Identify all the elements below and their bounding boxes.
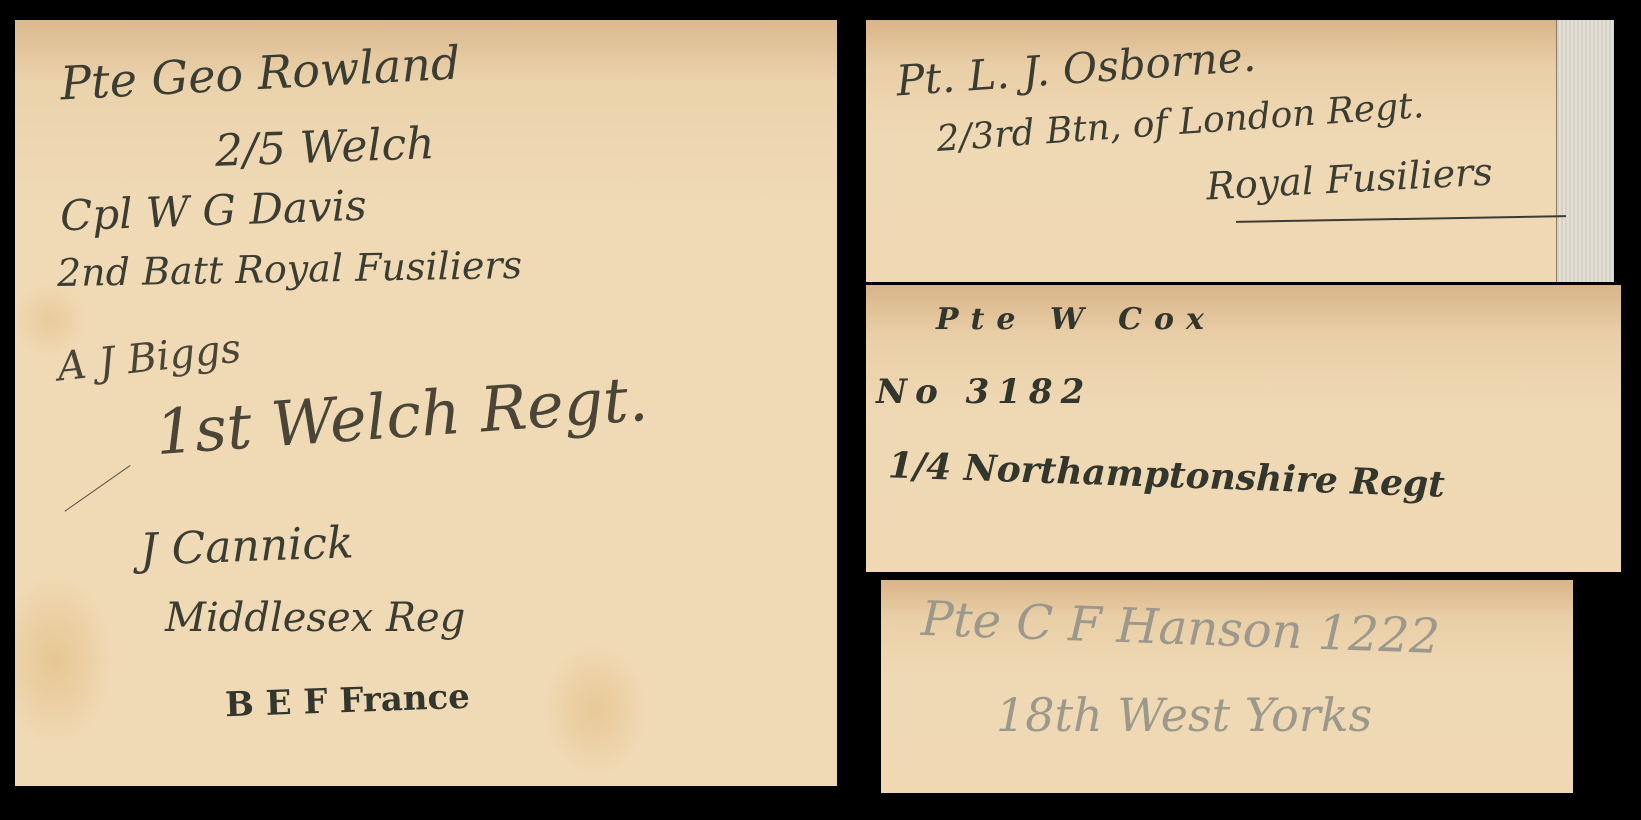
signature-hanson-unit: 18th West Yorks [996, 692, 1372, 738]
album-page-left: Pte Geo Rowland 2/5 Welch Cpl W G Davis … [15, 20, 837, 786]
book-binding-cloth [1556, 20, 1614, 282]
album-page-bottom-right: Pte C F Hanson 1222 18th West Yorks [881, 580, 1573, 793]
album-page-middle-right: Pte W Cox No 3182 1/4 Northamptonshire R… [866, 285, 1621, 572]
signature-cox-name: Pte W Cox [936, 305, 1216, 335]
signature-cannick-name: J Cannick [139, 521, 354, 572]
signature-cox-number: No 3182 [876, 375, 1092, 409]
signature-cannick-unit: Middlesex Reg [165, 598, 465, 638]
album-page-top-right: Pt. L. J. Osborne. 2/3rd Btn, of London … [866, 20, 1614, 282]
signature-cannick-location: B E F France [224, 680, 470, 723]
signature-rowland-unit: 2/5 Welch [214, 122, 435, 174]
signature-davis-name: Cpl W G Davis [59, 185, 367, 238]
signature-davis-unit: 2nd Batt Royal Fusiliers [57, 246, 523, 292]
